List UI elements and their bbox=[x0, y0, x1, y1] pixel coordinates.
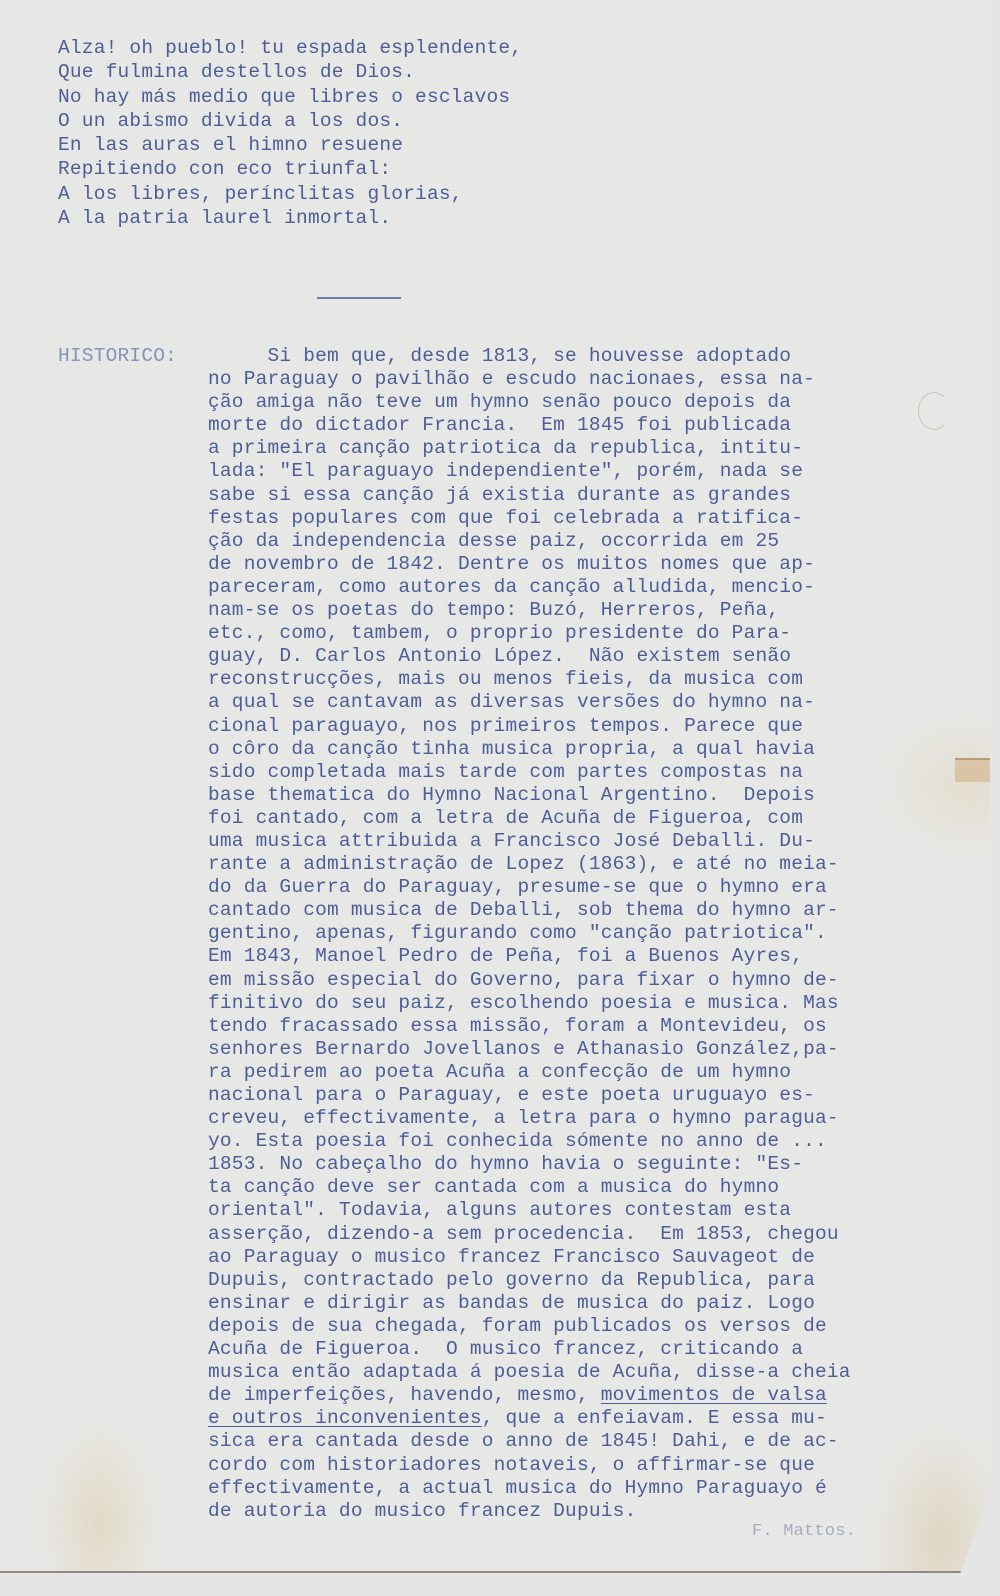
verse-line: A la patria laurel inmortal. bbox=[58, 206, 522, 230]
text-line: a qual se cantavam as diversas versões d… bbox=[208, 691, 851, 714]
text-line: de autoria do musico francez Dupuis. bbox=[208, 1500, 851, 1523]
text-line: sabe si essa canção já existia durante a… bbox=[208, 484, 851, 507]
text-line: effectivamente, a actual musica do Hymno… bbox=[208, 1477, 851, 1500]
text-line: rante a administração de Lopez (1863), e… bbox=[208, 853, 851, 876]
text-line: a primeira canção patriotica da republic… bbox=[208, 437, 851, 460]
verse-line: No hay más medio que libres o esclavos bbox=[58, 85, 522, 109]
author-signature: F. Mattos. bbox=[752, 1522, 856, 1541]
text-line: Dupuis, contractado pelo governo da Repu… bbox=[208, 1269, 851, 1292]
text-line: pareceram, como autores da canção alludi… bbox=[208, 576, 851, 599]
text-line: ao Paraguay o musico francez Francisco S… bbox=[208, 1246, 851, 1269]
text-line: base thematica do Hymno Nacional Argenti… bbox=[208, 784, 851, 807]
document-page: Alza! oh pueblo! tu espada esplendente,Q… bbox=[0, 0, 990, 1573]
paper-stain bbox=[955, 758, 995, 782]
text-line: creveu, effectivamente, a letra para o h… bbox=[208, 1107, 851, 1130]
verse-line: Alza! oh pueblo! tu espada esplendente, bbox=[58, 36, 522, 60]
text-line: cional paraguayo, nos primeiros tempos. … bbox=[208, 715, 851, 738]
text-line: cantado com musica de Deballi, sob thema… bbox=[208, 899, 851, 922]
text-line: o côro da canção tinha musica propria, a… bbox=[208, 738, 851, 761]
text-line: ensinar e dirigir as bandas de musica do… bbox=[208, 1292, 851, 1315]
text-line: musica então adaptada á poesia de Acuña,… bbox=[208, 1361, 851, 1384]
verse-line: Repitiendo con eco triunfal: bbox=[58, 157, 522, 181]
text-line: ção da independencia desse paiz, occorri… bbox=[208, 530, 851, 553]
text-line: cordo com historiadores notaveis, o affi… bbox=[208, 1454, 851, 1477]
text-line: ra pedirem ao poeta Acuña a confecção de… bbox=[208, 1061, 851, 1084]
text-line: yo. Esta poesia foi conhecida sómente no… bbox=[208, 1130, 851, 1153]
verse-line: En las auras el himno resuene bbox=[58, 133, 522, 157]
text-line: no Paraguay o pavilhão e escudo nacionae… bbox=[208, 368, 851, 391]
text-line: nam-se os poetas do tempo: Buzó, Herrero… bbox=[208, 599, 851, 622]
text-line: depois de sua chegada, foram publicados … bbox=[208, 1315, 851, 1338]
text-line: 1853. No cabeçalho do hymno havia o segu… bbox=[208, 1153, 851, 1176]
section-divider bbox=[317, 297, 401, 299]
anthem-verse: Alza! oh pueblo! tu espada esplendente,Q… bbox=[58, 36, 522, 230]
text-line: ção amiga não teve um hymno senão pouco … bbox=[208, 391, 851, 414]
text-line: oriental". Todavia, alguns autores conte… bbox=[208, 1199, 851, 1222]
text-line: etc., como, tambem, o proprio presidente… bbox=[208, 622, 851, 645]
text-line: sido completada mais tarde com partes co… bbox=[208, 761, 851, 784]
punch-hole-mark bbox=[918, 392, 950, 430]
text-line: do da Guerra do Paraguay, presume-se que… bbox=[208, 876, 851, 899]
text-line: guay, D. Carlos Antonio López. Não exist… bbox=[208, 645, 851, 668]
verse-line: O un abismo divida a los dos. bbox=[58, 109, 522, 133]
text-line: sica era cantada desde o anno de 1845! D… bbox=[208, 1430, 851, 1453]
text-line: finitivo do seu paiz, escolhendo poesia … bbox=[208, 992, 851, 1015]
verse-line: A los libres, perínclitas glorias, bbox=[58, 182, 522, 206]
text-line: uma musica attribuida a Francisco José D… bbox=[208, 830, 851, 853]
text-line: foi cantado, com a letra de Acuña de Fig… bbox=[208, 807, 851, 830]
text-line: de imperfeições, havendo, mesmo, movimen… bbox=[208, 1384, 851, 1407]
text-line: asserção, dizendo-a sem procedencia. Em … bbox=[208, 1223, 851, 1246]
verse-line: Que fulmina destellos de Dios. bbox=[58, 60, 522, 84]
section-label: HISTORICO: bbox=[58, 345, 177, 368]
text-line: festas populares com que foi celebrada a… bbox=[208, 507, 851, 530]
text-line: morte do dictador Francia. Em 1845 foi p… bbox=[208, 414, 851, 437]
text-line: Si bem que, desde 1813, se houvesse adop… bbox=[208, 345, 851, 368]
historical-text: Si bem que, desde 1813, se houvesse adop… bbox=[208, 345, 851, 1523]
text-line: reconstrucções, mais ou menos fieis, da … bbox=[208, 668, 851, 691]
text-line: nacional para o Paraguay, e este poeta u… bbox=[208, 1084, 851, 1107]
text-line: tendo fracassado essa missão, foram a Mo… bbox=[208, 1015, 851, 1038]
text-line: Em 1843, Manoel Pedro de Peña, foi a Bue… bbox=[208, 945, 851, 968]
text-line: lada: "El paraguayo independiente", poré… bbox=[208, 460, 851, 483]
text-line: em missão especial do Governo, para fixa… bbox=[208, 969, 851, 992]
text-line: gentino, apenas, figurando como "canção … bbox=[208, 922, 851, 945]
text-line: de novembro de 1842. Dentre os muitos no… bbox=[208, 553, 851, 576]
text-line: e outros inconvenientes, que a enfeiavam… bbox=[208, 1407, 851, 1430]
text-line: ta canção deve ser cantada com a musica … bbox=[208, 1176, 851, 1199]
text-line: Acuña de Figueroa. O musico francez, cri… bbox=[208, 1338, 851, 1361]
text-line: senhores Bernardo Jovellanos e Athanasio… bbox=[208, 1038, 851, 1061]
